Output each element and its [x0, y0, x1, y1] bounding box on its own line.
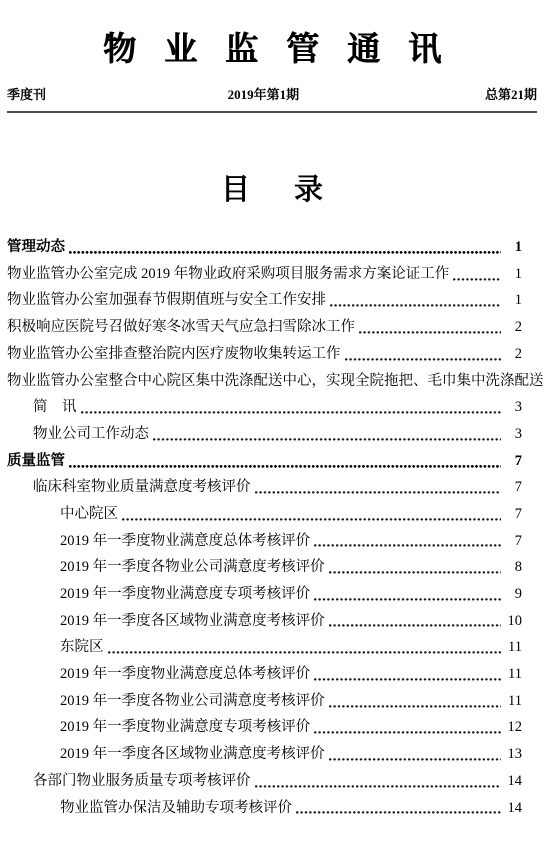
toc-entry-page: 11 — [505, 640, 522, 655]
toc-dot-leader — [314, 598, 501, 601]
toc-entry-page: 11 — [505, 667, 522, 682]
document-page: 物业监管通讯 季度刊 2019年第1期 总第21期 目录 管理动态 1 物业监管… — [0, 0, 544, 848]
toc-entry-page: 8 — [505, 560, 522, 575]
toc-dot-leader — [153, 438, 501, 441]
toc-entry: 2019 年一季度物业满意度专项考核评价 9 — [7, 581, 522, 608]
toc-entry: 临床科室物业质量满意度考核评价 7 — [7, 474, 522, 501]
toc-dot-leader — [69, 251, 501, 254]
toc-dot-leader — [359, 331, 501, 334]
masthead: 物业监管通讯 季度刊 2019年第1期 总第21期 — [0, 0, 544, 113]
toc-entry-label: 质量监管 — [7, 454, 65, 469]
toc-entry-page: 2 — [505, 320, 522, 335]
toc-entry-label: 物业监管办保洁及辅助专项考核评价 — [60, 801, 292, 816]
newsletter-title: 物业监管通讯 — [0, 34, 544, 67]
toc-entry-label: 各部门物业服务质量专项考核评价 — [33, 774, 251, 789]
toc-heading: 目录 — [0, 176, 544, 205]
toc-entry: 物业监管办公室加强春节假期值班与安全工作安排 1 — [7, 287, 522, 314]
toc-entry-label: 物业监管办公室排查整治院内医疗废物收集转运工作 — [7, 347, 341, 362]
toc-entry-label: 积极响应医院号召做好寒冬冰雪天气应急扫雪除冰工作 — [7, 320, 355, 335]
toc-entry: 各部门物业服务质量专项考核评价 14 — [7, 768, 522, 795]
toc-dot-leader — [329, 571, 501, 574]
toc-entry: 2019 年一季度各物业公司满意度考核评价 11 — [7, 688, 522, 715]
toc-dot-leader — [255, 785, 502, 788]
toc-entry: 2019 年一季度物业满意度专项考核评价 12 — [7, 714, 522, 741]
toc-entry-label: 物业公司工作动态 — [33, 427, 149, 442]
toc-entry-page: 7 — [505, 534, 522, 549]
toc-entry-label: 物业监管办公室完成 2019 年物业政府采购项目服务需求方案论证工作 — [7, 267, 449, 282]
toc-entry: 物业监管办公室整合中心院区集中洗涤配送中心，实现全院拖把、毛巾集中洗涤配送 2 — [7, 367, 522, 394]
toc-entry-label: 2019 年一季度各区域物业满意度考核评价 — [60, 747, 325, 762]
toc-entry: 质量监管 7 — [7, 448, 522, 475]
toc-entry-page: 3 — [505, 427, 522, 442]
toc-dot-leader — [329, 624, 501, 627]
toc-entry-page: 7 — [505, 454, 522, 469]
toc-dot-leader — [329, 705, 501, 708]
toc-entry-label: 中心院区 — [60, 507, 118, 522]
toc-entry-page: 1 — [505, 293, 522, 308]
toc-dot-leader — [255, 491, 502, 494]
toc-dot-leader — [329, 758, 501, 761]
toc-entry: 积极响应医院号召做好寒冬冰雪天气应急扫雪除冰工作 2 — [7, 314, 522, 341]
toc-entry-page: 7 — [505, 507, 522, 522]
toc-entry-label: 2019 年一季度各物业公司满意度考核评价 — [60, 694, 325, 709]
toc-entry-page: 14 — [505, 801, 522, 816]
toc-dot-leader — [330, 304, 501, 307]
toc-entry: 2019 年一季度各区域物业满意度考核评价 13 — [7, 741, 522, 768]
toc-list: 管理动态 1 物业监管办公室完成 2019 年物业政府采购项目服务需求方案论证工… — [7, 234, 522, 821]
toc-entry: 2019 年一季度各区域物业满意度考核评价 10 — [7, 608, 522, 635]
toc-entry: 管理动态 1 — [7, 234, 522, 261]
toc-dot-leader — [314, 731, 501, 734]
toc-entry: 物业公司工作动态 3 — [7, 421, 522, 448]
header-divider-rule — [7, 111, 537, 113]
toc-entry: 2019 年一季度各物业公司满意度考核评价 8 — [7, 554, 522, 581]
toc-entry: 2019 年一季度物业满意度总体考核评价 11 — [7, 661, 522, 688]
toc-entry-label: 物业监管办公室整合中心院区集中洗涤配送中心，实现全院拖把、毛巾集中洗涤配送 — [7, 374, 544, 389]
toc-entry: 2019 年一季度物业满意度总体考核评价 7 — [7, 528, 522, 555]
toc-entry-page: 10 — [505, 614, 522, 629]
toc-dot-leader — [453, 278, 501, 281]
toc-entry: 简 讯 3 — [7, 394, 522, 421]
toc-entry-label: 2019 年一季度物业满意度总体考核评价 — [60, 667, 310, 682]
toc-entry: 物业监管办公室排查整治院内医疗废物收集转运工作 2 — [7, 341, 522, 368]
toc-entry-page: 3 — [505, 400, 522, 415]
toc-entry-page: 7 — [505, 480, 522, 495]
toc-dot-leader — [108, 651, 502, 654]
toc-entry-label: 管理动态 — [7, 240, 65, 255]
toc-entry-page: 12 — [505, 720, 522, 735]
toc-entry-page: 9 — [505, 587, 522, 602]
toc-entry-page: 11 — [505, 694, 522, 709]
issue-number: 2019年第1期 — [228, 84, 300, 103]
toc-dot-leader — [81, 411, 502, 414]
masthead-meta: 季度刊 2019年第1期 总第21期 — [7, 84, 537, 103]
toc-dot-leader — [122, 518, 501, 521]
toc-entry-label: 东院区 — [60, 640, 104, 655]
issue-frequency: 季度刊 — [7, 84, 46, 103]
toc-entry: 物业监管办公室完成 2019 年物业政府采购项目服务需求方案论证工作 1 — [7, 261, 522, 288]
toc-entry: 物业监管办保洁及辅助专项考核评价 14 — [7, 794, 522, 821]
toc-entry-label: 2019 年一季度物业满意度专项考核评价 — [60, 720, 310, 735]
toc-dot-leader — [314, 678, 501, 681]
toc-entry-label: 物业监管办公室加强春节假期值班与安全工作安排 — [7, 293, 326, 308]
toc-entry-page: 2 — [505, 347, 522, 362]
toc-entry-page: 13 — [505, 747, 522, 762]
toc-dot-leader — [69, 464, 501, 467]
toc-entry-page: 14 — [505, 774, 522, 789]
toc-dot-leader — [314, 544, 501, 547]
toc-entry: 东院区 11 — [7, 634, 522, 661]
toc-entry-label: 2019 年一季度物业满意度专项考核评价 — [60, 587, 310, 602]
toc-dot-leader — [296, 811, 501, 814]
issue-total: 总第21期 — [485, 84, 537, 103]
toc-entry: 中心院区 7 — [7, 501, 522, 528]
toc-entry-page: 1 — [505, 240, 522, 255]
toc-entry-label: 2019 年一季度各区域物业满意度考核评价 — [60, 614, 325, 629]
toc-entry-label: 临床科室物业质量满意度考核评价 — [33, 480, 251, 495]
toc-entry-page: 1 — [505, 267, 522, 282]
toc-entry-label: 2019 年一季度物业满意度总体考核评价 — [60, 534, 310, 549]
toc-entry-label: 简 讯 — [33, 400, 77, 415]
toc-entry-label: 2019 年一季度各物业公司满意度考核评价 — [60, 560, 325, 575]
toc-dot-leader — [345, 358, 502, 361]
